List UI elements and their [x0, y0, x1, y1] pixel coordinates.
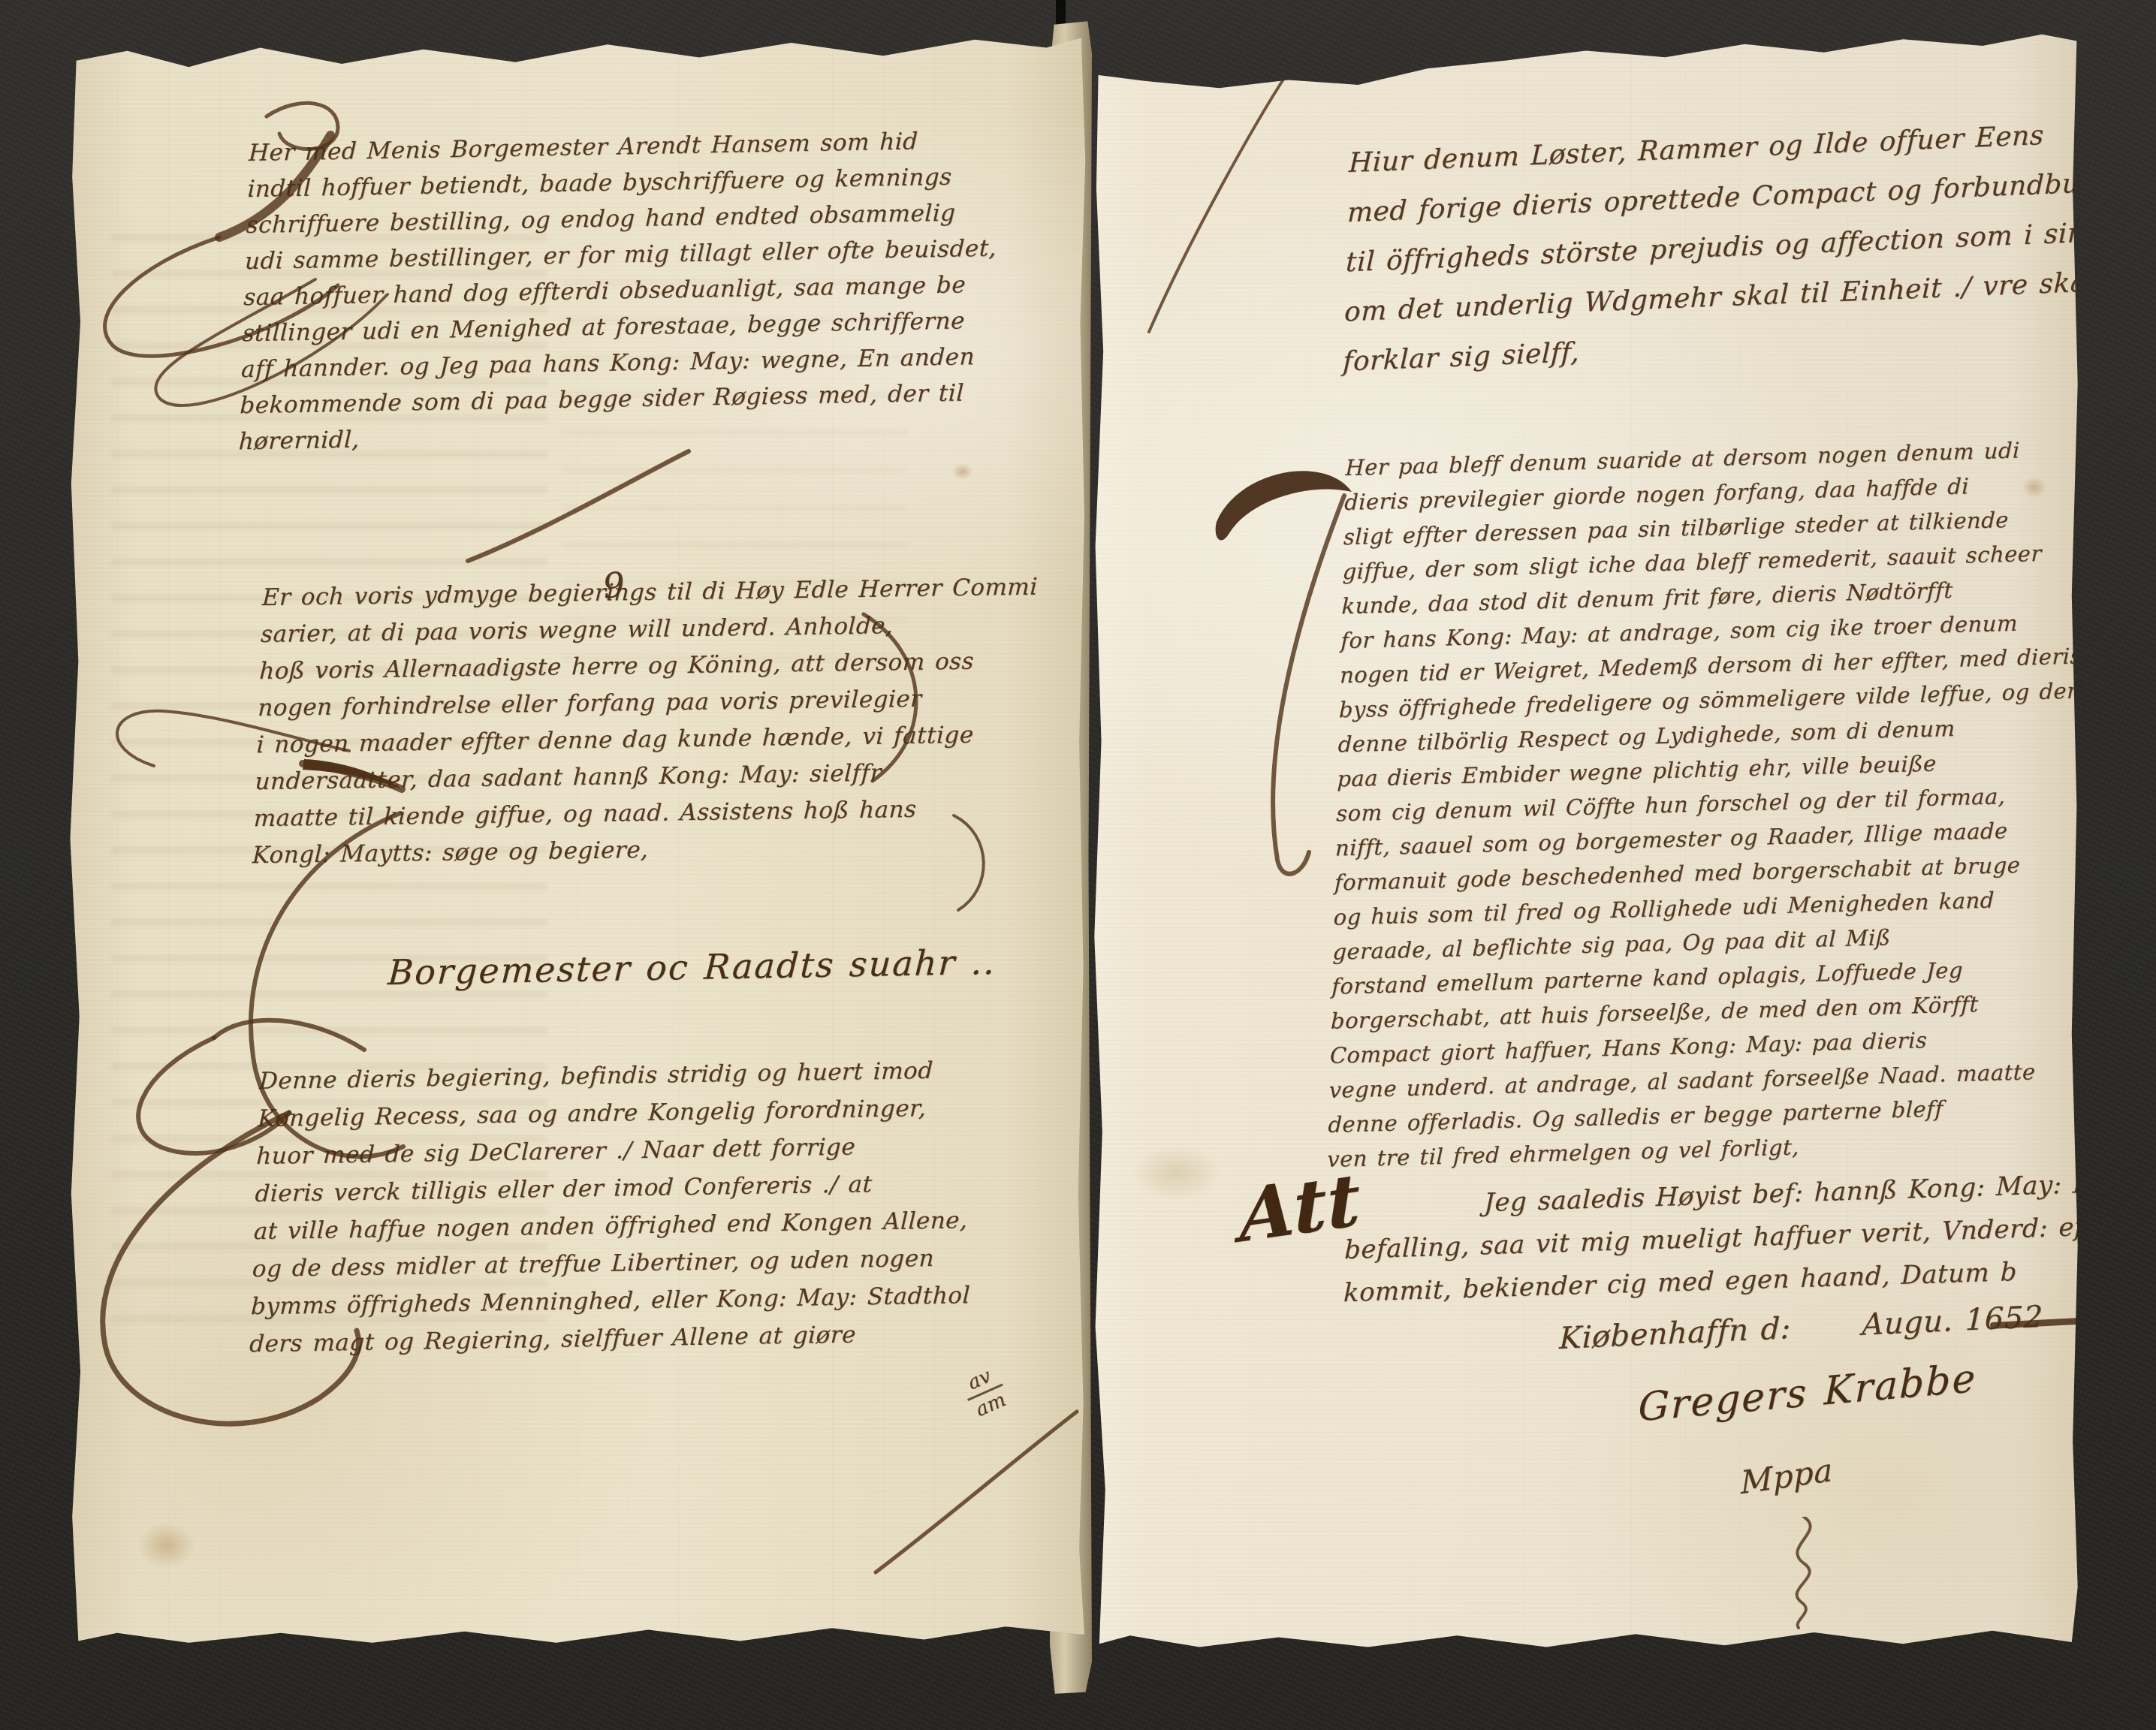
- paragraph: Her paa bleff denum suaride at dersom no…: [1327, 430, 2124, 1177]
- paper-stain: [137, 1522, 196, 1569]
- section-heading: Borgemester oc Raadts suahr ..: [387, 942, 997, 993]
- paragraph: Hiur denum Løster, Rammer og Ilde offuer…: [1342, 107, 2138, 387]
- manuscript-photo: Her med Menis Borgemester Arendt Hansem …: [0, 0, 2156, 1730]
- paragraph: Er och voris ydmyge begierings til di Hø…: [252, 569, 1039, 875]
- closing-initial: Att: [1238, 1156, 1361, 1258]
- dateline-date: Augu. 1652: [1862, 1300, 2043, 1343]
- paper-stain: [952, 463, 973, 480]
- margin-pen-stroke: [1143, 68, 1293, 338]
- signature-flourish-tail: [1770, 1517, 1838, 1629]
- signature-subscript: Mppa: [1740, 1451, 1833, 1501]
- catchword-pen-stroke: [871, 1404, 1081, 1577]
- right-page: Hiur denum Løster, Rammer og Ilde offuer…: [1090, 26, 2082, 1652]
- paper-stain: [1132, 1145, 1222, 1201]
- dateline-place: Kiøbenhaffn d:: [1559, 1311, 1791, 1356]
- left-page: Her med Menis Borgemester Arendt Hansem …: [66, 32, 1087, 1646]
- paragraph: Denne dieris begiering, befindis stridig…: [249, 1051, 979, 1363]
- catchword: av am: [957, 1361, 1013, 1423]
- dateline: Kiøbenhaffn d:Augu. 1652: [1559, 1300, 2043, 1356]
- signature-name: Gregers Krabbe: [1638, 1356, 1977, 1431]
- paragraph: Her med Menis Borgemester Arendt Hansem …: [238, 122, 1001, 460]
- closing-paragraph: Jeg saaledis Høyist bef: hannß Kong: May…: [1343, 1161, 2152, 1315]
- divider-pen-stroke: [462, 447, 695, 567]
